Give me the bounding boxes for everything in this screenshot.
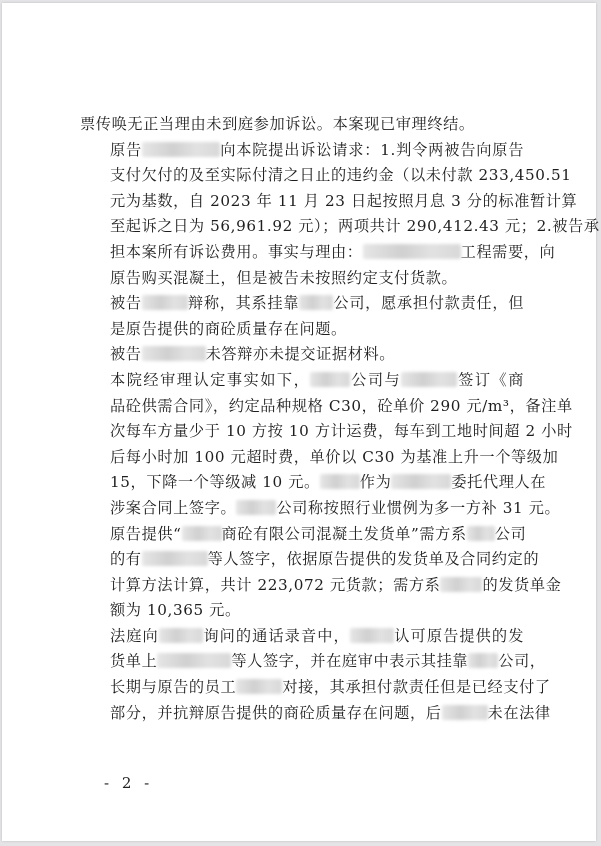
- text-segment: 计算方法计算，共计 223,072 元货款；需方系: [110, 576, 440, 594]
- text-segment: 涉案合同上签字。: [110, 499, 236, 517]
- redacted-name: [442, 705, 488, 720]
- text-segment: 商砼有限公司混凝土发货单”需方系: [222, 525, 467, 543]
- text-segment: 至起诉之日为 56,961.92 元）；两项共计 290,412.43 元；2.…: [110, 217, 600, 235]
- text-segment: 15，下降一个等级减 10 元。: [110, 473, 320, 491]
- text-segment: 原告提供“: [110, 525, 182, 543]
- redacted-name: [142, 295, 188, 310]
- redacted-name: [467, 526, 495, 541]
- text-segment: 辩称，其系挂靠: [188, 294, 299, 312]
- text-line: 的有等人签字，依据原告提供的发货单及合同约定的: [80, 547, 524, 573]
- text-segment: 公司与: [350, 371, 401, 389]
- text-line: 部分，并抗辩原告提供的商砼质量存在问题，后未在法律: [80, 701, 524, 727]
- redacted-name: [391, 474, 451, 489]
- redacted-company: [310, 372, 350, 387]
- redacted-project: [363, 244, 461, 259]
- text-line: 票传唤无正当理由未到庭参加诉讼。本案现已审理终结。: [80, 112, 524, 138]
- text-segment: 原告购买混凝土，但是被告未按照约定支付货款。: [110, 269, 457, 287]
- text-line: 支付欠付的及至实际付清之日止的违约金（以未付款 233,450.51: [80, 163, 524, 189]
- text-line: 法庭向询问的通话录音中，认可原告提供的发: [80, 624, 524, 650]
- text-segment: 对接，其承担付款责任但是已经支付了: [282, 678, 550, 696]
- text-line: 元为基数，自 2023 年 11 月 23 日起按照月息 3 分的标准暂计算: [80, 189, 524, 215]
- text-segment: 的有: [110, 550, 142, 568]
- redacted-company: [182, 526, 222, 541]
- text-segment: 询问的通话录音中，: [203, 627, 350, 645]
- redacted-name: [142, 142, 220, 157]
- text-segment: 向本院提出诉讼请求：1.判令两被告向原告: [220, 141, 524, 159]
- text-segment: 等人签字，并在庭审中表示其挂靠: [231, 652, 468, 670]
- text-segment: 长期与原告的员工: [110, 678, 236, 696]
- document-page: 票传唤无正当理由未到庭参加诉讼。本案现已审理终结。 原告向本院提出诉讼请求：1.…: [2, 3, 596, 841]
- text-segment: 额为 10,365 元。: [110, 601, 241, 619]
- text-segment: 次每车方量少于 10 方按 10 方计运费，每车到工地时间超 2 小时: [110, 422, 573, 440]
- page-number: - 2 -: [104, 774, 153, 792]
- text-segment: 法庭向: [110, 627, 159, 645]
- text-segment: 票传唤无正当理由未到庭参加诉讼。本案现已审理终结。: [80, 115, 475, 133]
- redacted-name: [320, 474, 360, 489]
- text-line: 品砼供需合同》，约定品种规格 C30，砼单价 290 元/m³，备注单: [80, 394, 524, 420]
- text-segment: 货单上: [110, 652, 157, 670]
- text-line: 额为 10,365 元。: [80, 598, 524, 624]
- text-line: 被告未答辩亦未提交证据材料。: [80, 342, 524, 368]
- text-segment: 等人签字，依据原告提供的发货单及合同约定的: [208, 550, 540, 568]
- redacted-company: [468, 653, 498, 668]
- text-line: 长期与原告的员工对接，其承担付款责任但是已经支付了: [80, 675, 524, 701]
- redacted-name: [401, 372, 457, 387]
- text-line: 至起诉之日为 56,961.92 元）；两项共计 290,412.43 元；2.…: [80, 214, 524, 240]
- redacted-company: [236, 500, 276, 515]
- text-line: 担本案所有诉讼费用。事实与理由：工程需要，向: [80, 240, 524, 266]
- redacted-name: [142, 346, 206, 361]
- paragraph-phone-recording: 法庭向询问的通话录音中，认可原告提供的发 货单上等人签字，并在庭审中表示其挂靠公…: [80, 624, 524, 726]
- text-segment: 被告: [110, 294, 142, 312]
- text-line: 本院经审理认定事实如下，公司与签订《商: [80, 368, 524, 394]
- redacted-company: [299, 295, 333, 310]
- text-line: 计算方法计算，共计 223,072 元货款；需方系的发货单金: [80, 573, 524, 599]
- text-segment: 签订《商: [457, 371, 524, 389]
- text-segment: 支付欠付的及至实际付清之日止的违约金（以未付款 233,450.51: [110, 166, 572, 184]
- redacted-name: [350, 628, 394, 643]
- text-line: 原告提供“商砼有限公司混凝土发货单”需方系公司: [80, 522, 524, 548]
- text-segment: 认可原告提供的发: [394, 627, 524, 645]
- paragraph-defendant-no-answer: 被告未答辩亦未提交证据材料。: [80, 342, 524, 368]
- text-segment: 未答辩亦未提交证据材料。: [206, 345, 395, 363]
- text-segment: 品砼供需合同》，约定品种规格 C30，砼单价 290 元/m³，备注单: [110, 397, 573, 415]
- text-line: 是原告提供的商砼质量存在问题。: [80, 317, 524, 343]
- paragraph-court-findings: 本院经审理认定事实如下，公司与签订《商 品砼供需合同》，约定品种规格 C30，砼…: [80, 368, 524, 624]
- text-segment: 后每小时加 100 元超时费，单价以 C30 为基准上升一个等级加: [110, 448, 558, 466]
- text-segment: 公司，愿承担付款责任，但: [333, 294, 524, 312]
- text-line: 次每车方量少于 10 方按 10 方计运费，每车到工地时间超 2 小时: [80, 419, 524, 445]
- paragraph-plaintiff-claims: 原告向本院提出诉讼请求：1.判令两被告向原告 支付欠付的及至实际付清之日止的违约…: [80, 138, 524, 292]
- text-segment: 未在法律: [488, 704, 551, 722]
- redacted-name: [440, 577, 482, 592]
- redacted-name: [159, 628, 203, 643]
- text-segment: 工程需要，向: [461, 243, 556, 261]
- text-segment: 作为: [360, 473, 392, 491]
- text-line: 原告购买混凝土，但是被告未按照约定支付货款。: [80, 266, 524, 292]
- text-segment: 委托代理人在: [451, 473, 546, 491]
- text-segment: 是原告提供的商砼质量存在问题。: [110, 320, 347, 338]
- redacted-names: [157, 653, 231, 668]
- redacted-names: [142, 551, 208, 566]
- text-segment: 原告: [110, 141, 142, 159]
- text-segment: 部分，并抗辩原告提供的商砼质量存在问题，后: [110, 704, 442, 722]
- text-segment: 公司: [495, 525, 527, 543]
- text-line: 后每小时加 100 元超时费，单价以 C30 为基准上升一个等级加: [80, 445, 524, 471]
- text-segment: 公司，: [498, 652, 545, 670]
- text-segment: 的发货单金: [482, 576, 561, 594]
- document-body: 票传唤无正当理由未到庭参加诉讼。本案现已审理终结。 原告向本院提出诉讼请求：1.…: [80, 112, 524, 726]
- redacted-name: [236, 679, 282, 694]
- text-line: 涉案合同上签字。公司称按照行业惯例为多一方补 31 元。: [80, 496, 524, 522]
- paragraph-summons: 票传唤无正当理由未到庭参加诉讼。本案现已审理终结。: [80, 112, 524, 138]
- text-segment: 担本案所有诉讼费用。事实与理由：: [110, 243, 363, 261]
- text-line: 货单上等人签字，并在庭审中表示其挂靠公司，: [80, 649, 524, 675]
- text-line: 原告向本院提出诉讼请求：1.判令两被告向原告: [80, 138, 524, 164]
- paragraph-defendant-defense: 被告辩称，其系挂靠公司，愿承担付款责任，但 是原告提供的商砼质量存在问题。: [80, 291, 524, 342]
- text-line: 被告辩称，其系挂靠公司，愿承担付款责任，但: [80, 291, 524, 317]
- text-segment: 公司称按照行业惯例为多一方补 31 元。: [276, 499, 560, 517]
- text-line: 15，下降一个等级减 10 元。作为委托代理人在: [80, 470, 524, 496]
- text-segment: 被告: [110, 345, 142, 363]
- text-segment: 本院经审理认定事实如下，: [110, 371, 310, 389]
- text-segment: 元为基数，自 2023 年 11 月 23 日起按照月息 3 分的标准暂计算: [110, 192, 577, 210]
